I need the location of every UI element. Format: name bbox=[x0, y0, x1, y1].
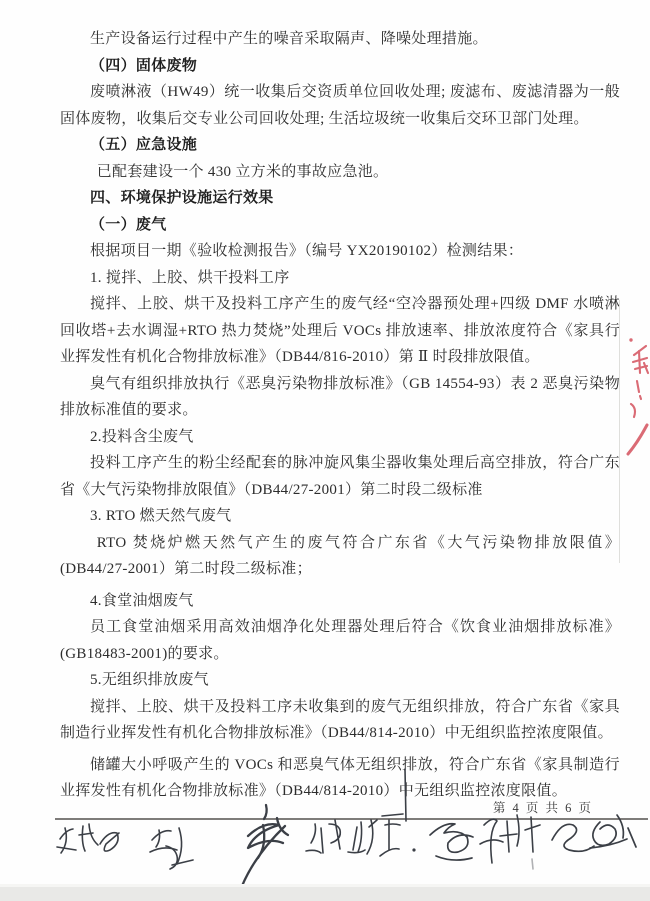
signature-upstroke bbox=[405, 769, 406, 821]
handwritten-signature-1 bbox=[57, 824, 119, 853]
section-heading: 四、环境保护设施运行效果 bbox=[60, 185, 620, 212]
document-paragraph: 已配套建设一个 430 立方米的事故应急池。 bbox=[60, 159, 620, 186]
document-paragraph: 投料工序产生的粉尘经配套的脉冲旋风集尘器收集处理后高空排放，符合广东省《大气污染… bbox=[60, 450, 620, 503]
scanned-document-screenshot: 生产设备运行过程中产生的噪音采取隔声、降噪处理措施。 （四）固体废物 废喷淋液（… bbox=[0, 0, 650, 901]
handwritten-signature-7 bbox=[552, 815, 636, 851]
section-heading: （四）固体废物 bbox=[60, 53, 620, 80]
document-paragraph: 4.食堂油烟废气 bbox=[60, 588, 620, 615]
document-paragraph: 臭气有组织排放执行《恶臭污染物排放标准》（GB 14554-93）表 2 恶臭污… bbox=[60, 371, 620, 424]
handwritten-signature-3 bbox=[242, 805, 288, 886]
document-paragraph: 员工食堂油烟采用高效油烟净化处理器处理后符合《饮食业油烟排放标准》(GB1848… bbox=[60, 614, 620, 667]
document-paragraph: 搅拌、上胶、烘干及投料工序未收集到的废气无组织排放，符合广东省《家具制造行业挥发… bbox=[60, 694, 620, 747]
document-paragraph: 废喷淋液（HW49）统一收集后交资质单位回收处理; 废滤布、废滤清器为一般固体废… bbox=[60, 79, 620, 132]
red-seal-fragment bbox=[624, 332, 650, 462]
document-paragraph: 1. 搅拌、上胶、烘干投料工序 bbox=[60, 265, 620, 292]
document-body-text: 生产设备运行过程中产生的噪音采取隔声、降噪处理措施。 （四）固体废物 废喷淋液（… bbox=[60, 26, 620, 805]
document-paragraph: 生产设备运行过程中产生的噪音采取隔声、降噪处理措施。 bbox=[60, 26, 620, 53]
scan-background-strip bbox=[0, 884, 650, 901]
handwritten-signature-5 bbox=[430, 824, 473, 860]
document-page: 生产设备运行过程中产生的噪音采取隔声、降噪处理措施。 （四）固体废物 废喷淋液（… bbox=[0, 0, 650, 884]
scan-crease-line bbox=[619, 300, 620, 563]
handwritten-signature-2 bbox=[150, 828, 193, 869]
document-paragraph: 搅拌、上胶、烘干及投料工序产生的废气经“空冷器预处理+四级 DMF 水喷淋回收塔… bbox=[60, 291, 620, 371]
section-heading: （一）废气 bbox=[60, 212, 620, 239]
document-paragraph: RTO 焚烧炉燃天然气产生的废气符合广东省《大气污染物排放限值》(DB44/27… bbox=[60, 530, 620, 583]
section-heading: （五）应急设施 bbox=[60, 132, 620, 159]
document-paragraph: 根据项目一期《验收检测报告》（编号 YX20190102）检测结果： bbox=[60, 238, 620, 265]
handwritten-signature-6 bbox=[480, 815, 540, 869]
document-paragraph: 3. RTO 燃天然气废气 bbox=[60, 503, 620, 530]
handwritten-signature-4 bbox=[306, 814, 416, 856]
document-paragraph: 5.无组织排放废气 bbox=[60, 667, 620, 694]
document-paragraph: 2.投料含尘废气 bbox=[60, 424, 620, 451]
signature-strip bbox=[0, 755, 650, 901]
